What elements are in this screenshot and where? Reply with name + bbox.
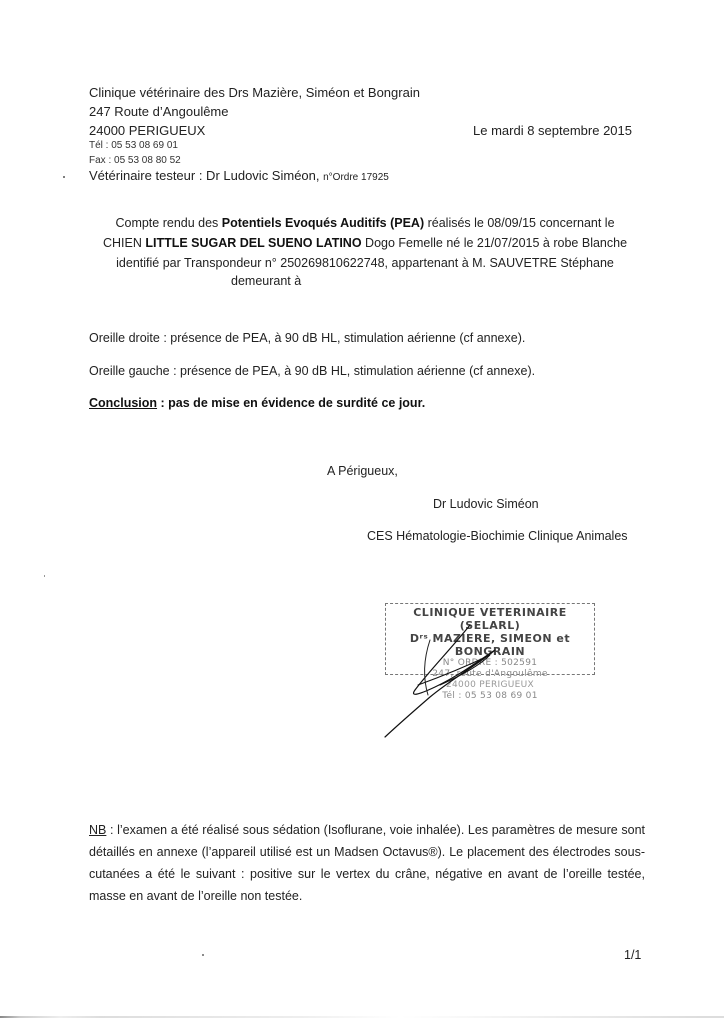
- note-label: NB: [89, 823, 106, 837]
- report-line-4: demeurant à: [231, 274, 301, 288]
- note-paragraph: NB : l’examen a été réalisé sous sédatio…: [89, 819, 645, 907]
- conclusion-text: : pas de mise en évidence de surdité ce …: [157, 396, 425, 410]
- clinic-address: 247 Route d’Angoulême: [89, 102, 229, 121]
- tester-line: Vétérinaire testeur : Dr Ludovic Siméon,…: [89, 166, 389, 187]
- conclusion-label: Conclusion: [89, 396, 157, 410]
- conclusion: Conclusion : pas de mise en évidence de …: [89, 396, 425, 410]
- handwritten-signature: [370, 615, 570, 745]
- note-text: : l’examen a été réalisé sous sédation (…: [89, 823, 645, 903]
- exam-name: Potentiels Evoqués Auditifs (PEA): [222, 216, 424, 230]
- clinic-name: Clinique vétérinaire des Drs Mazière, Si…: [89, 83, 420, 102]
- tester-order-number: n°Ordre 17925: [323, 172, 389, 183]
- tester-label: Vétérinaire testeur : Dr Ludovic Siméon,: [89, 168, 320, 183]
- report-line-1: Compte rendu des Potentiels Evoqués Audi…: [70, 216, 660, 230]
- scan-speck: [44, 575, 45, 577]
- report-line-2: CHIEN LITTLE SUGAR DEL SUENO LATINO Dogo…: [70, 236, 660, 250]
- animal-name: LITTLE SUGAR DEL SUENO LATINO: [145, 236, 361, 250]
- clinic-phone: Tél : 05 53 08 69 01: [89, 138, 178, 154]
- report-line-3: identifié par Transpondeur n° 2502698106…: [70, 256, 660, 270]
- right-ear-result: Oreille droite : présence de PEA, à 90 d…: [89, 331, 525, 345]
- signature-name: Dr Ludovic Siméon: [433, 497, 539, 511]
- signature-title: CES Hématologie-Biochimie Clinique Anima…: [367, 529, 628, 543]
- document-date: Le mardi 8 septembre 2015: [473, 121, 632, 140]
- left-ear-result: Oreille gauche : présence de PEA, à 90 d…: [89, 364, 535, 378]
- signature-place: A Périgueux,: [327, 464, 398, 478]
- scan-speck: [202, 954, 204, 956]
- page-number: 1/1: [624, 948, 641, 962]
- scan-speck: [63, 176, 65, 178]
- scan-edge: [0, 1016, 724, 1018]
